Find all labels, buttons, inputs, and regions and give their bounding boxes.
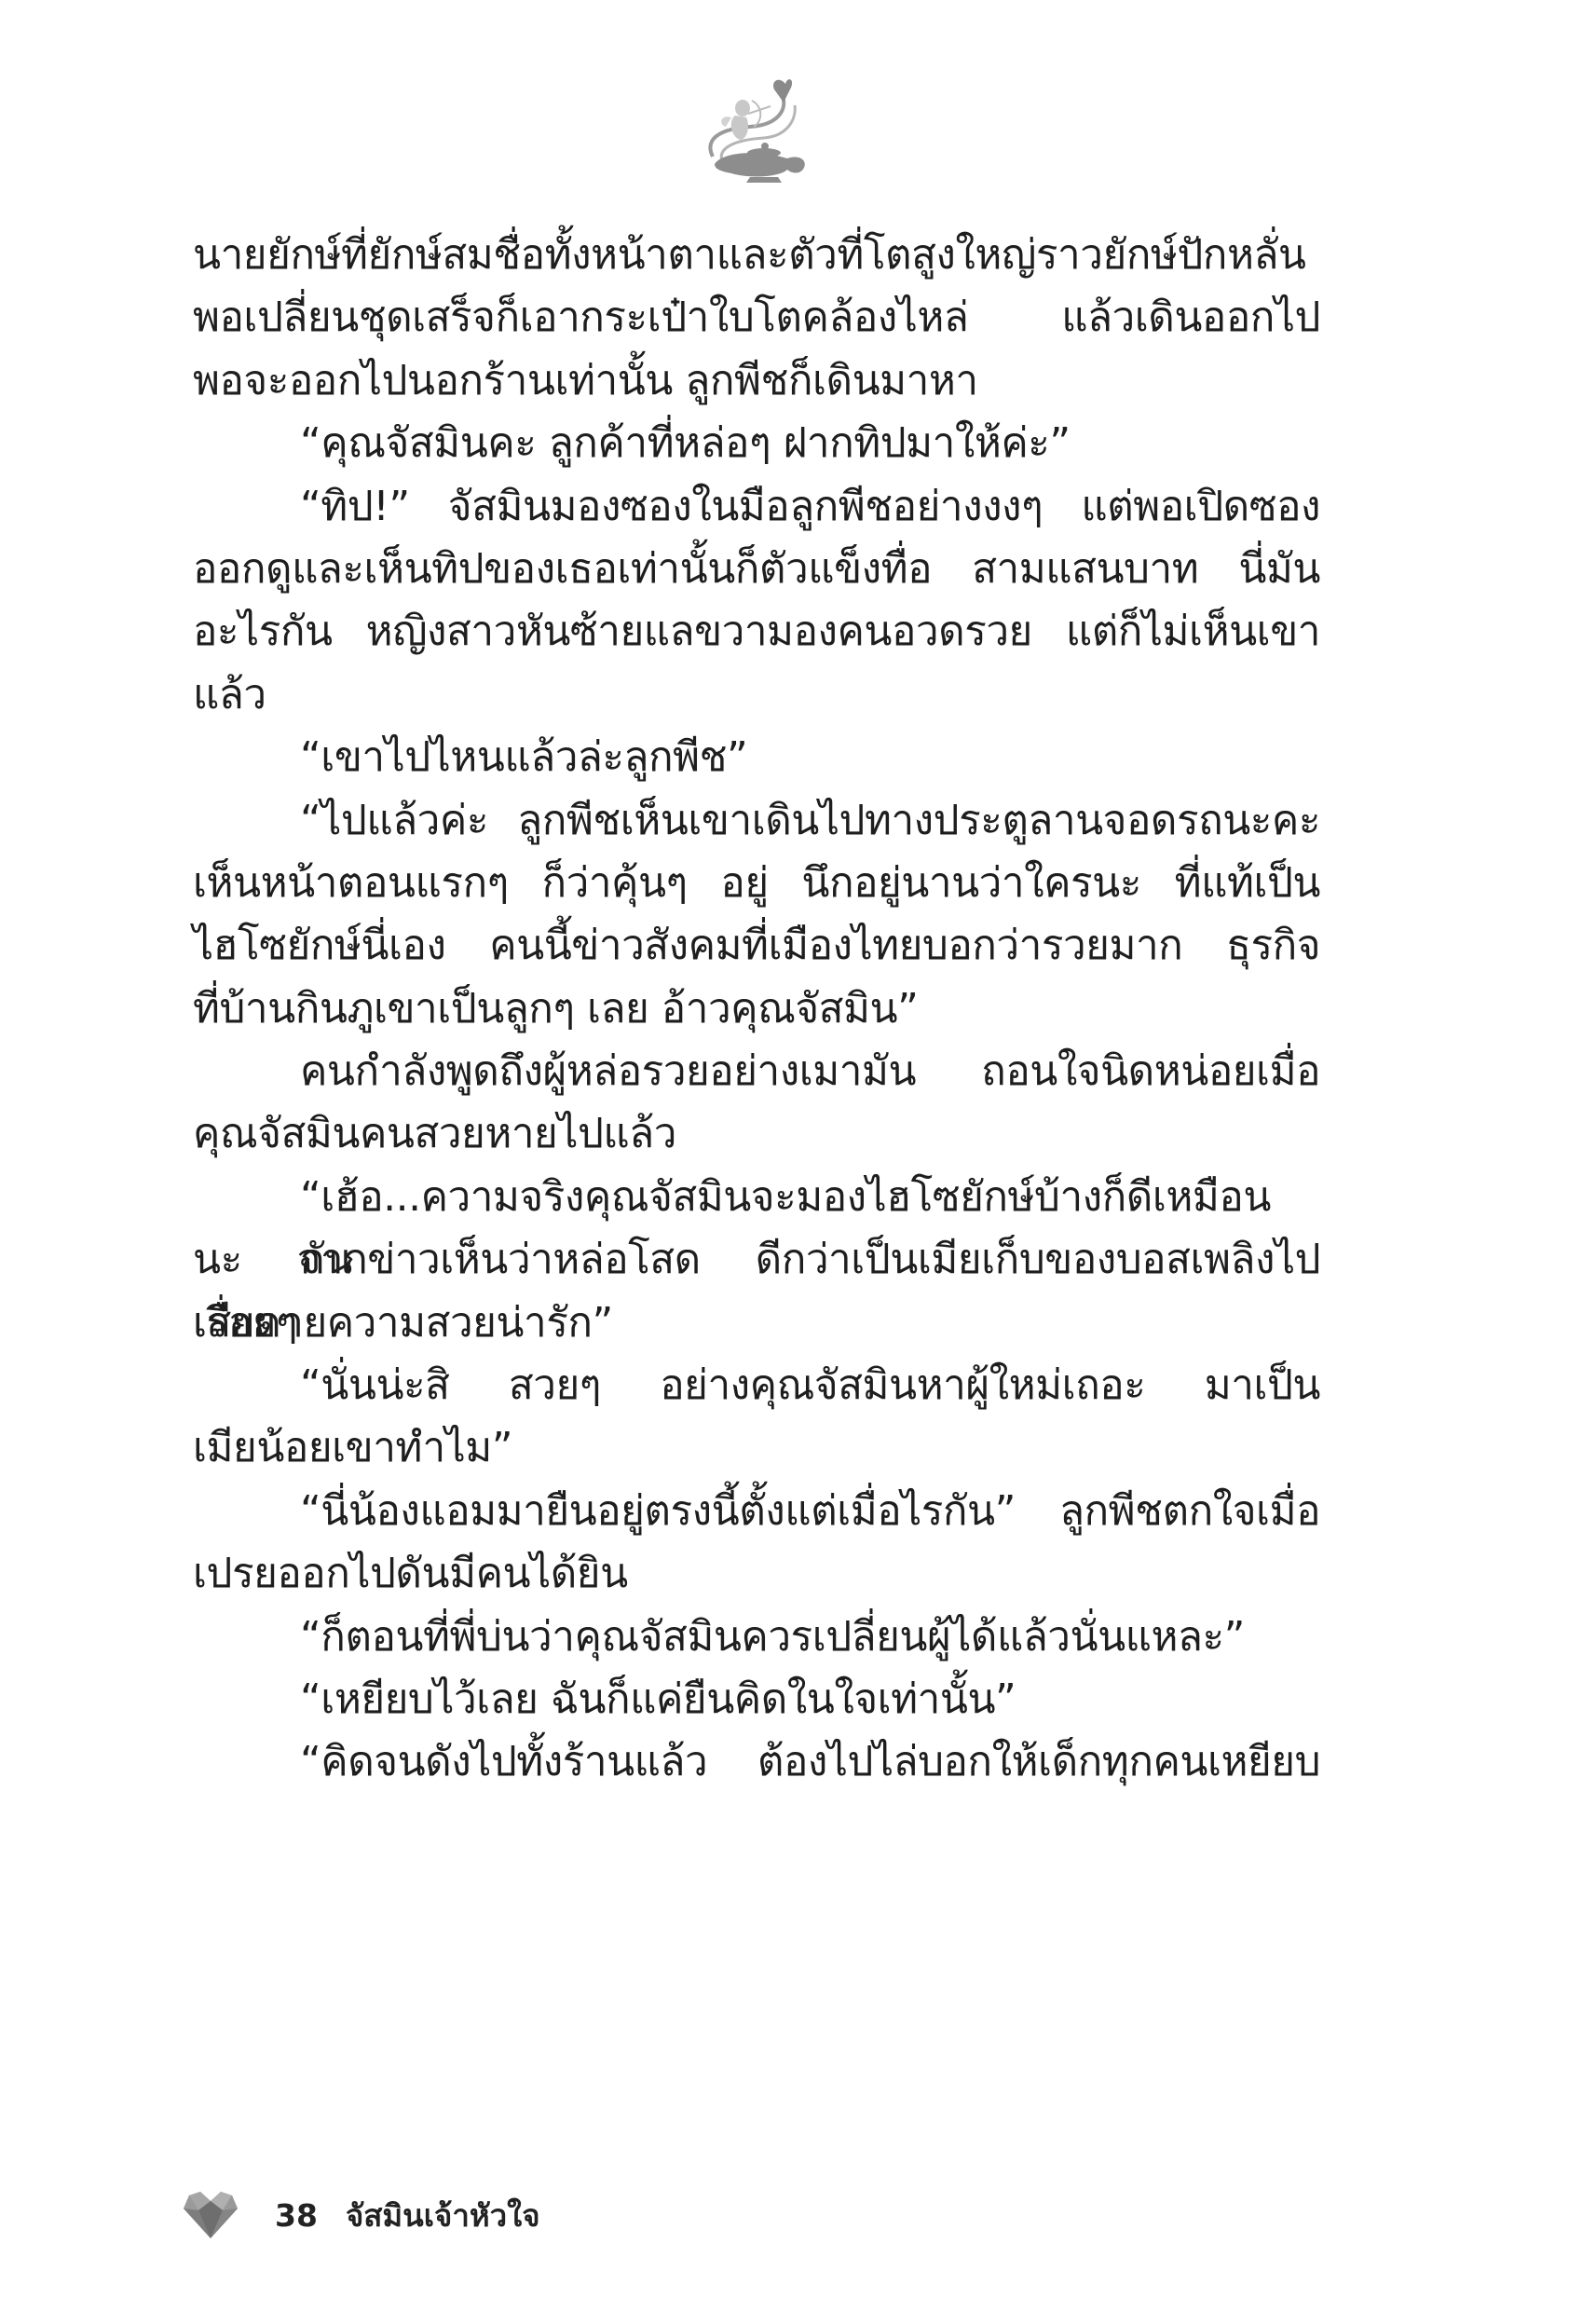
text-line: เปรยออกไปดันมีคนได้ยิน (193, 1542, 1320, 1605)
text-line: อะไรกัน หญิงสาวหันซ้ายแลขวามองคนอวดรวย แ… (193, 600, 1320, 663)
faceted-heart-icon (182, 2190, 239, 2240)
page-number: 38 (275, 2197, 318, 2234)
story-body: นายยักษ์ที่ยักษ์สมชื่อทั้งหน้าตาและตัวที… (193, 224, 1320, 1794)
text-line: “เขาไปไหนแล้วล่ะลูกพีช” (193, 726, 1320, 788)
text-line: “เฮ้อ...ความจริงคุณจัสมินจะมองไฮโซยักษ์บ… (193, 1166, 1320, 1228)
cupid-teapot-ornament-icon (694, 73, 815, 185)
text-line: “ทิป!” จัสมินมองซองในมือลูกพีชอย่างงงๆ แ… (193, 475, 1320, 538)
text-line: “ก็ตอนที่พี่บ่นว่าคุณจัสมินควรเปลี่ยนผู้… (193, 1606, 1320, 1668)
page-footer: 38 จัสมินเจ้าหัวใจ (182, 2192, 540, 2238)
text-line: ออกดูและเห็นทิปของเธอเท่านั้นก็ตัวแข็งทื… (193, 538, 1320, 600)
text-line: แล้ว (193, 663, 1320, 726)
text-line: “คุณจัสมินคะ ลูกค้าที่หล่อๆ ฝากทิปมาให้ค… (193, 412, 1320, 474)
text-line: คุณจัสมินคนสวยหายไปแล้ว (193, 1102, 1320, 1165)
text-line: “นี่น้องแอมมายืนอยู่ตรงนี้ตั้งแต่เมื่อไร… (193, 1480, 1320, 1542)
book-title: จัสมินเจ้าหัวใจ (346, 2191, 540, 2240)
text-line: พอจะออกไปนอกร้านเท่านั้น ลูกพีชก็เดินมาห… (193, 349, 1320, 412)
text-line: “นั่นน่ะสิ สวยๆ อย่างคุณจัสมินหาผู้ใหม่เ… (193, 1354, 1320, 1416)
text-line: นายยักษ์ที่ยักษ์สมชื่อทั้งหน้าตาและตัวที… (193, 224, 1320, 286)
text-line: นะ จากข่าวเห็นว่าหล่อโสด ดีกว่าเป็นเมียเ… (193, 1228, 1320, 1291)
text-line: “เหยียบไว้เลย ฉันก็แค่ยืนคิดในใจเท่านั้น… (193, 1668, 1320, 1730)
text-line: คนกำลังพูดถึงผู้หล่อรวยอย่างเมามัน ถอนใจ… (193, 1040, 1320, 1102)
text-line: “ไปแล้วค่ะ ลูกพีชเห็นเขาเดินไปทางประตูลา… (193, 789, 1320, 852)
text-line: เมียน้อยเขาทำไม” (193, 1416, 1320, 1479)
text-line: “คิดจนดังไปทั้งร้านแล้ว ต้องไปไล่บอกให้เ… (193, 1730, 1320, 1793)
text-line: ไฮโซยักษ์นี่เอง คนนี้ข่าวสังคมที่เมืองไท… (193, 914, 1320, 977)
text-line: เห็นหน้าตอนแรกๆ ก็ว่าคุ้นๆ อยู่ นึกอยู่น… (193, 852, 1320, 914)
text-line: เสียดายความสวยน่ารัก” (193, 1292, 1320, 1354)
text-line: พอเปลี่ยนชุดเสร็จก็เอากระเป๋าใบโตคล้องไห… (193, 286, 1320, 349)
text-line: ที่บ้านกินภูเขาเป็นลูกๆ เลย อ้าวคุณจัสมิ… (193, 978, 1320, 1040)
